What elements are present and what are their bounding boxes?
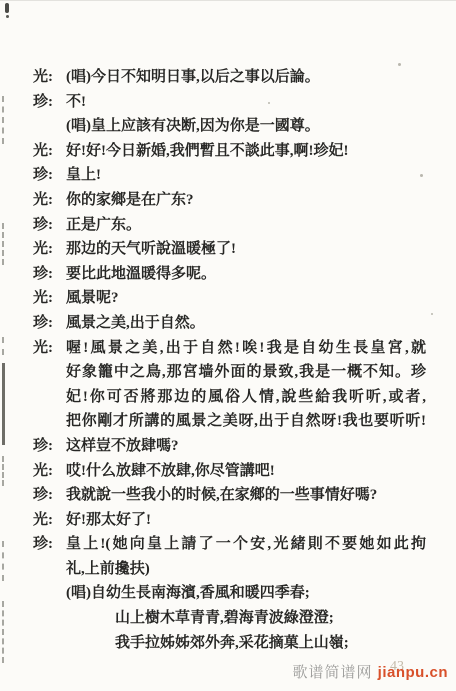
stage-direction-text: 礼,上前攙扶) bbox=[66, 557, 426, 582]
script-line: 光: (唱)今日不知明日事,以后之事以后論。 bbox=[33, 65, 426, 90]
dialogue-text: 这样豈不放肆嗎? bbox=[66, 434, 426, 459]
script-line: 山上樹木草青青,碧海青波綠澄澄; bbox=[33, 606, 426, 631]
dialogue-text: 哎!什么放肆不放肆,你尽管講吧! bbox=[66, 459, 426, 484]
script-line: 珍: 正是广东。 bbox=[33, 213, 426, 238]
scan-artifact-edge-dash bbox=[2, 456, 4, 486]
sung-verse-text: (唱)自幼生長南海濱,香風和暖四季春; bbox=[66, 581, 426, 606]
script-line: (唱)自幼生長南海濱,香風和暖四季春; bbox=[33, 581, 426, 606]
speaker-label: 珍: bbox=[33, 262, 66, 287]
dialogue-text: 正是广东。 bbox=[66, 213, 426, 238]
scan-artifact-edge-dash bbox=[2, 601, 4, 663]
dialogue-text: 好!那太好了! bbox=[66, 508, 426, 533]
stage-direction-text: 皇上!(她向皇上請了一个安,光緒則不要她如此拘 bbox=[66, 532, 426, 557]
script-line: 礼,上前攙扶) bbox=[33, 557, 426, 582]
script-line: 妃!你可否將那边的風俗人情,說些給我听听,或者, bbox=[33, 385, 426, 410]
speaker-label: 珍: bbox=[33, 483, 66, 508]
script-line: 光: 好!那太好了! bbox=[33, 508, 426, 533]
script-line: 好象籠中之鳥,那宮墙外面的景致,我是一概不知。珍 bbox=[33, 360, 426, 385]
scan-artifact-edge-dash bbox=[2, 96, 4, 144]
speaker-label: 光: bbox=[33, 65, 66, 90]
scan-artifact-corner-dot bbox=[6, 15, 9, 18]
script-line: 光: 風景呢? bbox=[33, 286, 426, 311]
script-line: 光: 好!好!今日新婚,我們暫且不談此事,啊!珍妃! bbox=[33, 139, 426, 164]
speaker-label: 光: bbox=[33, 286, 66, 311]
script-line: 把你剛才所講的風景之美呀,出于自然呀!我也要听听! bbox=[33, 409, 426, 434]
script-line: 光: 喔!風景之美,出于自然!唉!我是自幼生長皇宮,就 bbox=[33, 336, 426, 361]
dialogue-text: 那边的天气听說溫暖極了! bbox=[66, 237, 426, 262]
dialogue-text: 好!好!今日新婚,我們暫且不談此事,啊!珍妃! bbox=[66, 139, 426, 164]
script-line: 我手拉姊姊郊外奔,采花摘菓上山嶺; bbox=[33, 631, 426, 656]
scan-artifact-edge-dash bbox=[2, 337, 4, 355]
dialogue-text: 皇上! bbox=[66, 163, 426, 188]
dialogue-text: 妃!你可否將那边的風俗人情,說些給我听听,或者, bbox=[66, 385, 426, 410]
watermark-site-domain: jianpu.cn bbox=[378, 664, 448, 681]
scan-artifact-edge-dash bbox=[2, 541, 4, 581]
dialogue-text: 你的家鄉是在广东? bbox=[66, 188, 426, 213]
speaker-label: 珍: bbox=[33, 90, 66, 115]
sung-verse-text: 山上樹木草青青,碧海青波綠澄澄; bbox=[115, 606, 426, 631]
dialogue-text: 要比此地溫暖得多呢。 bbox=[66, 262, 426, 287]
script-line: 光: 哎!什么放肆不放肆,你尽管講吧! bbox=[33, 459, 426, 484]
speaker-label: 珍: bbox=[33, 311, 66, 336]
dialogue-text: (唱)今日不知明日事,以后之事以后論。 bbox=[66, 65, 426, 90]
speaker-label: 珍: bbox=[33, 434, 66, 459]
script-line: 珍: 皇上!(她向皇上請了一个安,光緒則不要她如此拘 bbox=[33, 532, 426, 557]
script-text-block: 光: (唱)今日不知明日事,以后之事以后論。 珍: 不! (唱)皇上应該有决断,… bbox=[33, 65, 433, 655]
script-line: 光: 那边的天气听說溫暖極了! bbox=[33, 237, 426, 262]
watermark: 歌谱简谱网 jianpu.cn bbox=[292, 661, 448, 682]
dialogue-text: 把你剛才所講的風景之美呀,出于自然呀!我也要听听! bbox=[66, 409, 426, 434]
speaker-label: 珍: bbox=[33, 213, 66, 238]
script-line: 珍: 不! bbox=[33, 90, 426, 115]
scan-artifact-edge-line bbox=[2, 363, 5, 445]
dialogue-text: 風景呢? bbox=[66, 286, 426, 311]
script-line: (唱)皇上应該有决断,因为你是一國尊。 bbox=[33, 114, 426, 139]
sung-verse-text: 我手拉姊姊郊外奔,采花摘菓上山嶺; bbox=[115, 631, 426, 656]
dialogue-text: 我就說一些我小的时候,在家鄉的一些事情好嗎? bbox=[66, 483, 426, 508]
script-line: 珍: 皇上! bbox=[33, 163, 426, 188]
dialogue-text: 不! bbox=[66, 90, 426, 115]
script-line: 珍: 風景之美,出于自然。 bbox=[33, 311, 426, 336]
speaker-label: 光: bbox=[33, 237, 66, 262]
speaker-label: 光: bbox=[33, 459, 66, 484]
script-line: 光: 你的家鄉是在广东? bbox=[33, 188, 426, 213]
watermark-site-name: 歌谱简谱网 bbox=[292, 664, 372, 681]
script-line: 珍: 要比此地溫暖得多呢。 bbox=[33, 262, 426, 287]
scan-artifact-edge-dash bbox=[2, 223, 4, 265]
sung-verse-text: (唱)皇上应該有决断,因为你是一國尊。 bbox=[66, 114, 426, 139]
dialogue-text: 風景之美,出于自然。 bbox=[66, 311, 426, 336]
scanned-script-page: 光: (唱)今日不知明日事,以后之事以后論。 珍: 不! (唱)皇上应該有决断,… bbox=[0, 0, 456, 691]
script-line: 珍: 这样豈不放肆嗎? bbox=[33, 434, 426, 459]
script-line: 珍: 我就說一些我小的时候,在家鄉的一些事情好嗎? bbox=[33, 483, 426, 508]
scan-artifact-corner-mark bbox=[5, 3, 9, 13]
speaker-label: 珍: bbox=[33, 163, 66, 188]
dialogue-text: 喔!風景之美,出于自然!唉!我是自幼生長皇宮,就 bbox=[66, 336, 426, 361]
speaker-label: 珍: bbox=[33, 532, 66, 557]
speaker-label: 光: bbox=[33, 336, 66, 361]
speaker-label: 光: bbox=[33, 188, 66, 213]
speaker-label: 光: bbox=[33, 508, 66, 533]
speaker-label: 光: bbox=[33, 139, 66, 164]
dialogue-text: 好象籠中之鳥,那宮墙外面的景致,我是一概不知。珍 bbox=[66, 360, 426, 385]
